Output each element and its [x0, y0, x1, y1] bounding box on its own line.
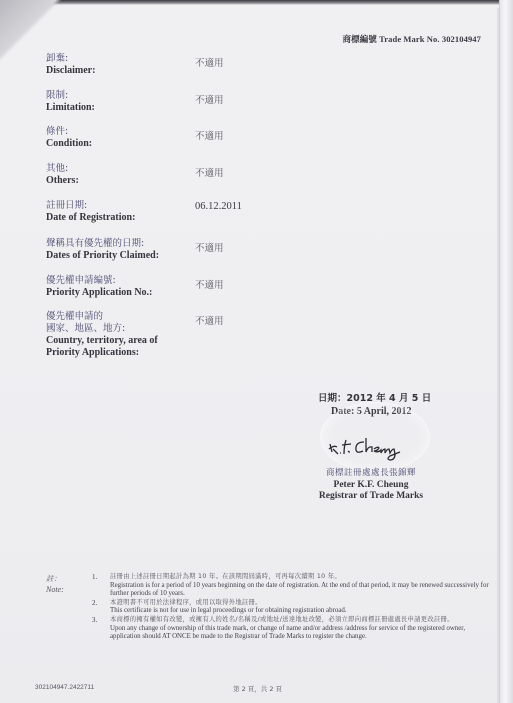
field-value-country-territory: 不適用	[195, 313, 224, 327]
field-label-en: Others:	[46, 175, 79, 187]
field-label-zh: 註冊日期:	[46, 200, 135, 212]
field-date-of-registration: 註冊日期: Date of Registration:	[46, 200, 135, 224]
field-label-en: Condition:	[46, 138, 92, 150]
field-country-territory: 優先權申請的 國家、地區、地方: Country, territory, are…	[46, 311, 158, 359]
registrar-block: 商標註冊處處長張錦輝 Peter K.F. Cheung Registrar o…	[315, 468, 427, 503]
field-label-zh: 其他:	[46, 163, 79, 175]
note-number: 1.	[92, 573, 97, 582]
note-number: 3.	[92, 616, 97, 625]
note-text-zh: 本商標的擁有權如有改變，或擁有人的姓名/名稱及/或地址/送達地址改變，必須立即向…	[110, 616, 454, 623]
field-label-en: Disclaimer:	[46, 65, 95, 77]
scan-right-edge	[499, 0, 513, 703]
note-number: 2.	[92, 599, 97, 608]
note-item: 1. 註冊由上述註冊日期起計為期 10 年。在該期間屆滿時，可再每次續期 10 …	[92, 573, 490, 599]
field-dates-of-priority: 聲稱具有優先權的日期: Dates of Priority Claimed:	[46, 238, 159, 262]
field-disclaimer: 卸棄: Disclaimer:	[46, 53, 95, 77]
note-item: 2. 本證明書不可用於法律程序，或用以取得外地註冊。 This certific…	[92, 599, 490, 616]
field-value-date-of-registration: 06.12.2011	[195, 201, 242, 212]
field-label-zh: 優先權申請編號:	[46, 275, 152, 287]
note-label-en: Note:	[46, 584, 64, 595]
field-label-zh: 條件:	[46, 126, 92, 138]
document-id: 302104947.2422711	[35, 684, 94, 691]
field-value-priority-application-no: 不適用	[195, 277, 224, 291]
scan-top-edge	[0, 0, 513, 5]
registrar-name-zh: 商標註冊處處長張錦輝	[315, 468, 427, 480]
field-label-zh: 優先權申請的	[46, 311, 158, 323]
field-priority-application-no: 優先權申請編號: Priority Application No.:	[46, 275, 152, 299]
field-value-limitation: 不適用	[195, 92, 224, 106]
note-item: 3. 本商標的擁有權如有改變，或擁有人的姓名/名稱及/或地址/送達地址改變，必須…	[92, 616, 490, 642]
field-label-zh-line2: 國家、地區、地方:	[46, 323, 158, 335]
note-label-zh: 註：	[46, 573, 64, 584]
note-text-en: Registration is for a period of 10 years…	[110, 582, 490, 599]
field-label-en: Dates of Priority Claimed:	[46, 250, 159, 262]
field-label-en: Priority Application No.:	[46, 287, 152, 299]
note-text-zh: 註冊由上述註冊日期起計為期 10 年。在該期間屆滿時，可再每次續期 10 年。	[110, 573, 341, 580]
registrar-title: Registrar of Trade Marks	[315, 491, 427, 503]
field-value-dates-of-priority: 不適用	[195, 240, 224, 254]
note-label: 註： Note:	[46, 573, 64, 595]
field-others: 其他: Others:	[46, 163, 79, 187]
field-label-en-line2: Priority Applications:	[46, 347, 158, 359]
registrar-name: Peter K.F. Cheung	[315, 480, 427, 492]
field-label-zh: 卸棄:	[46, 53, 95, 65]
signature	[326, 432, 416, 462]
note-text-en: This certificate is not for use in legal…	[110, 607, 490, 616]
note-text-zh: 本證明書不可用於法律程序，或用以取得外地註冊。	[110, 599, 262, 606]
field-label-zh: 限制:	[46, 90, 95, 102]
page-number: 第 2 頁，共 2 頁	[233, 684, 282, 693]
field-label-en: Date of Registration:	[46, 212, 135, 224]
field-condition: 條件: Condition:	[46, 126, 92, 150]
field-label-zh: 聲稱具有優先權的日期:	[46, 238, 159, 250]
field-value-others: 不適用	[195, 165, 224, 179]
field-limitation: 限制: Limitation:	[46, 90, 95, 114]
field-label-en: Country, territory, area of	[46, 335, 158, 347]
field-value-condition: 不適用	[195, 128, 224, 142]
notes-list: 1. 註冊由上述註冊日期起計為期 10 年。在該期間屆滿時，可再每次續期 10 …	[92, 573, 490, 642]
field-value-disclaimer: 不適用	[195, 55, 224, 69]
note-text-en: Upon any change of ownership of this tra…	[110, 625, 490, 642]
field-label-en: Limitation:	[46, 102, 95, 114]
certificate-page: 商標編號 Trade Mark No. 302104947 卸棄: Discla…	[0, 0, 513, 703]
trade-mark-number: 商標編號 Trade Mark No. 302104947	[343, 33, 482, 45]
